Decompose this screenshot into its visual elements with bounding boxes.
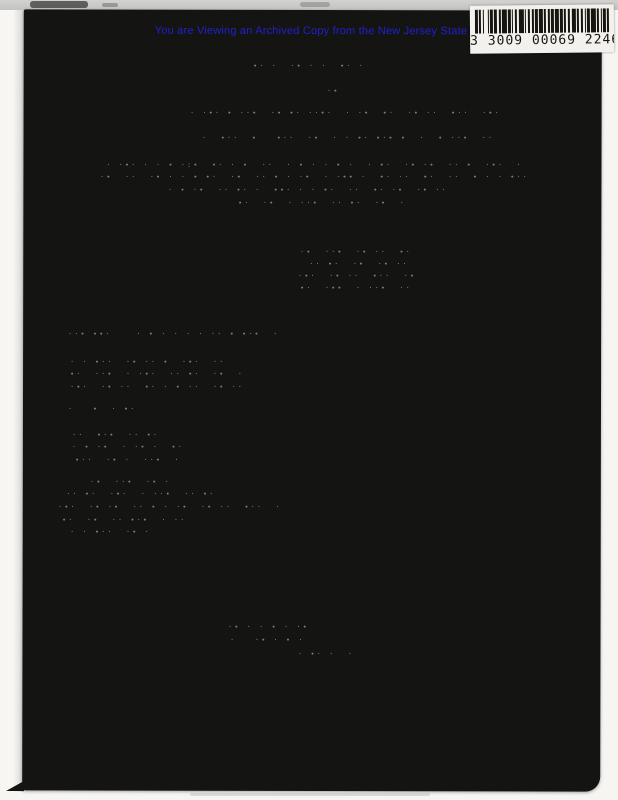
scan-shadow	[190, 793, 430, 796]
barcode-label: 3 3009 00069 2246	[470, 4, 614, 54]
scan-smudge	[102, 3, 118, 7]
document-page: You are Viewing an Archived Copy from th…	[22, 9, 602, 791]
scan-smudge	[300, 2, 330, 7]
barcode-icon	[475, 8, 609, 33]
scan-smudge	[30, 1, 88, 8]
barcode-number: 3 3009 00069 2246	[470, 32, 614, 49]
scanned-document-view: You are Viewing an Archived Copy from th…	[0, 0, 618, 800]
page-margin-shading	[0, 10, 24, 792]
page-corner-fold	[6, 781, 24, 791]
